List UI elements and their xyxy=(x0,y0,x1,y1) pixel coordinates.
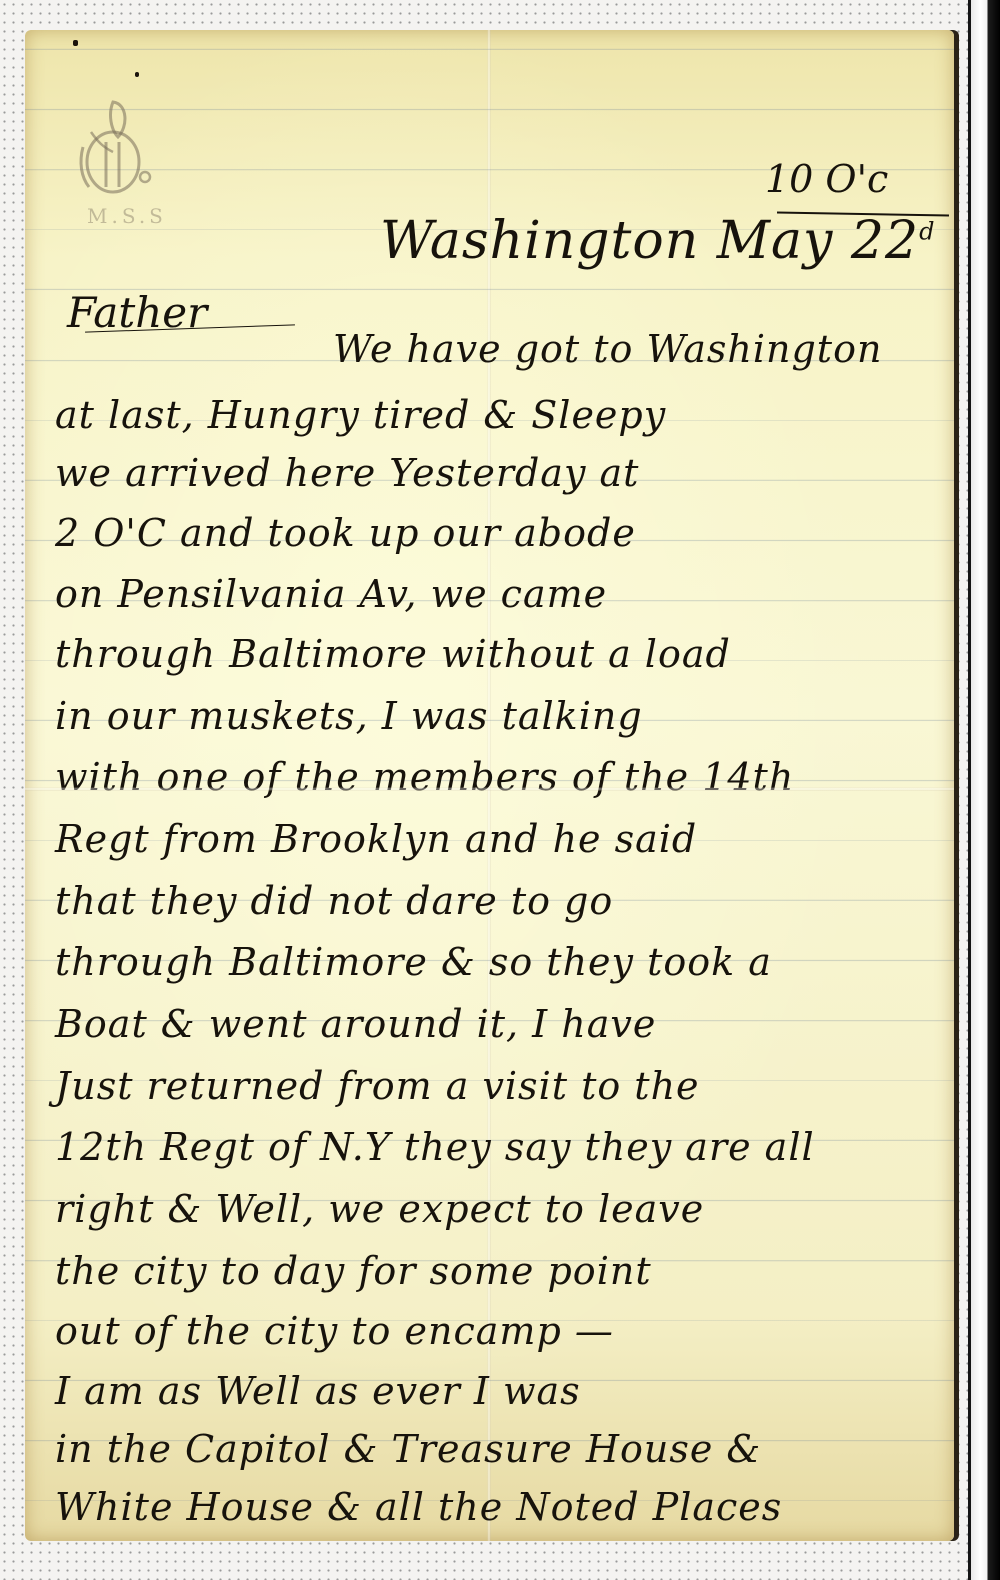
letter-page: M.S.S 10 O'c Washington May 22d 186 Fath… xyxy=(25,30,954,1541)
seal-text: M.S.S xyxy=(87,204,167,228)
date: May 22 xyxy=(717,211,919,271)
date-suffix: d xyxy=(919,218,935,246)
ink-speck xyxy=(135,72,139,77)
place: Washington xyxy=(380,211,699,271)
body-line: with one of the members of the 14th xyxy=(55,758,794,796)
body-line: we arrived here Yesterday at xyxy=(55,454,639,492)
body-line: in the Capitol & Treasure House & xyxy=(55,1430,761,1468)
ink-speck xyxy=(73,40,78,46)
scanner-frame-edge xyxy=(968,0,1000,1580)
body-line: in our muskets, I was talking xyxy=(55,697,643,735)
body-line: Boat & went around it, I have xyxy=(55,1005,656,1043)
body-line: right & Well, we expect to leave xyxy=(55,1190,704,1228)
body-line: that they did not dare to go xyxy=(55,882,613,920)
seal-emblem-icon xyxy=(73,92,159,202)
body-line: at last, Hungry tired & Sleepy xyxy=(55,396,666,434)
body-line: on Pensilvania Av, we came xyxy=(55,575,607,613)
body-line: Regt from Brooklyn and he said xyxy=(55,820,697,858)
body-line: the city to day for some point xyxy=(55,1252,652,1290)
embossed-seal: M.S.S xyxy=(73,92,159,242)
body-line: through Baltimore without a load xyxy=(55,635,731,673)
time-note: 10 O'c xyxy=(765,160,888,198)
dateline: Washington May 22d 186 xyxy=(380,215,954,267)
body-line: 2 O'C and took up our abode xyxy=(55,514,636,552)
body-line: White House & all the Noted Places xyxy=(55,1488,782,1526)
year: 186 xyxy=(953,232,954,265)
body-line: I am as Well as ever I was xyxy=(55,1372,581,1410)
body-line: through Baltimore & so they took a xyxy=(55,943,772,981)
body-line: Just returned from a visit to the xyxy=(55,1067,700,1105)
body-line: 12th Regt of N.Y they say they are all xyxy=(55,1128,815,1166)
body-line: out of the city to encamp — xyxy=(55,1312,614,1350)
body-line: We have got to Washington xyxy=(333,330,882,368)
